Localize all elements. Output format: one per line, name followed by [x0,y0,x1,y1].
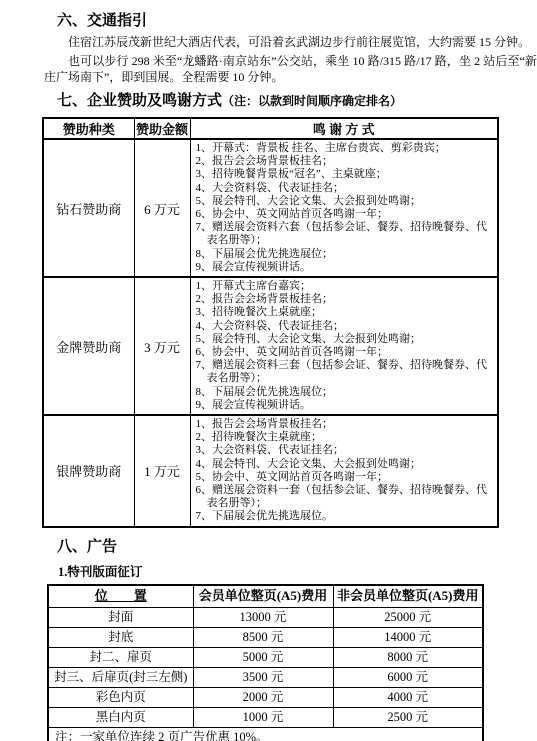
member-price-cell: 1000 元 [193,707,333,727]
member-price-cell: 5000 元 [193,647,333,667]
ad-position-cell: 彩色内页 [48,687,193,707]
benefit-item: 9、展会宣传视频讲话。 [196,399,495,412]
benefit-item: 6、赠送展会资料一套（包括参会证、餐券、招待晚餐券、代表名册等）； [196,484,495,510]
sponsor-type: 钻石赞助商 [43,139,134,277]
section7-heading-note: （注：以款到时间顺序确定排名） [222,94,402,108]
col-header-nonmember-price: 非会员单位整页(A5)费用 [333,585,483,608]
sponsor-amount: 3 万元 [134,277,190,415]
benefit-item: 4、大会资料袋、代表证挂名； [196,320,495,333]
sponsorship-header-row: 赞助种类 赞助金额 鸣 谢 方 式 [43,118,498,139]
ad-position-cell: 黑白内页 [48,707,193,727]
nonmember-price-cell: 25000 元 [333,607,483,627]
nonmember-price-cell: 14000 元 [333,627,483,647]
col-header-acknowledgement: 鸣 谢 方 式 [190,118,498,139]
sponsor-type: 银牌赞助商 [43,415,134,527]
ad-position-cell: 封二、扉页 [48,647,193,667]
table-row: 封二、扉页 5000 元 8000 元 [48,647,483,667]
ad-position-cell: 封底 [48,627,193,647]
sponsorship-table: 赞助种类 赞助金额 鸣 谢 方 式 钻石赞助商 6 万元 1、开幕式：背景板 挂… [42,117,499,528]
table-row: 封底 8500 元 14000 元 [48,627,483,647]
benefit-item: 6、协会中、英文网站首页各鸣谢一年； [196,346,495,359]
col-header-sponsor-amount: 赞助金额 [134,118,190,139]
benefit-item: 3、大会资料袋、代表证挂名； [196,444,495,457]
col-header-member-price: 会员单位整页(A5)费用 [193,585,333,608]
ad-table-header-row: 位 置 会员单位整页(A5)费用 非会员单位整页(A5)费用 [48,585,483,608]
benefit-item: 9、展会宣传视频讲话。 [196,261,495,274]
table-row: 封三、后扉页(封三左侧) 3500 元 6000 元 [48,667,483,687]
member-price-cell: 3500 元 [193,667,333,687]
table-row: 黑白内页 1000 元 2500 元 [48,707,483,727]
benefit-item: 4、展会特刊、大会论文集、大会报到处鸣谢； [196,458,495,471]
benefit-item: 4、大会资料袋、代表证挂名； [196,182,495,195]
ad-position-cell: 封面 [48,607,193,627]
benefit-item: 2、报告会会场背景板挂名； [196,155,495,168]
benefit-item: 1、开幕式主席台嘉宾； [196,280,495,293]
benefit-item: 5、展会特刊、大会论文集、大会报到处鸣谢； [196,195,495,208]
benefit-item: 5、协会中、英文网站首页各鸣谢一年； [196,471,495,484]
section7-heading: 七、企业赞助及鸣谢方式（注：以款到时间顺序确定排名） [57,92,537,111]
nonmember-price-cell: 4000 元 [333,687,483,707]
transport-paragraph-1: 住宿江苏辰茂新世纪大酒店代表，可沿着玄武湖边步行前往展览馆，大约需要 15 分钟… [44,34,537,50]
benefit-item: 2、招待晚餐次主桌就座； [196,431,495,444]
sponsor-benefits-list: 1、开幕式主席台嘉宾；2、报告会会场背景板挂名；3、招待晚餐次上桌就座；4、大会… [190,277,498,415]
benefit-item: 3、招待晚餐背景板“冠名”、主桌就座； [196,168,495,181]
member-price-cell: 13000 元 [193,607,333,627]
section7-heading-text: 七、企业赞助及鸣谢方式 [57,93,222,109]
benefit-item: 6、协会中、英文网站首页各鸣谢一年； [196,208,495,221]
benefit-item: 2、报告会会场背景板挂名； [196,293,495,306]
ad-position-cell: 封三、后扉页(封三左侧) [48,667,193,687]
sponsor-benefits-list: 1、开幕式：背景板 挂名、主席台贵宾、剪彩贵宾；2、报告会会场背景板挂名；3、招… [190,139,498,277]
sponsor-amount: 1 万元 [134,415,190,527]
benefit-item: 1、开幕式：背景板 挂名、主席台贵宾、剪彩贵宾； [196,142,495,155]
ad-rates-table: 位 置 会员单位整页(A5)费用 非会员单位整页(A5)费用 封面 13000 … [47,584,484,741]
section8-subheading: 1.特刊版面征订 [58,564,537,580]
benefit-item: 7、赠送展会资料三套（包括参会证、餐券、招待晚餐券、代表名册等）； [196,359,495,385]
sponsor-type: 金牌赞助商 [43,277,134,415]
benefit-item: 8、下届展会优先挑选展位； [196,386,495,399]
nonmember-price-cell: 2500 元 [333,707,483,727]
document-page: 六、交通指引 住宿江苏辰茂新世纪大酒店代表，可沿着玄武湖边步行前往展览馆，大约需… [0,0,537,741]
table-row: 彩色内页 2000 元 4000 元 [48,687,483,707]
col-header-position: 位 置 [48,585,193,608]
benefit-item: 7、下届展会优先挑选展位。 [196,510,495,523]
section6-heading: 六、交通指引 [57,12,537,31]
benefit-item: 7、赠送展会资料六套（包括参会证、餐券、招待晚餐券、代表名册等）； [196,221,495,247]
member-price-cell: 8500 元 [193,627,333,647]
table-row-gold-sponsor: 金牌赞助商 3 万元 1、开幕式主席台嘉宾；2、报告会会场背景板挂名；3、招待晚… [43,277,498,415]
transport-paragraph-2: 也可以步行 298 米至“龙蟠路·南京站东”公交站，乘坐 10 路/315 路/… [44,53,537,85]
table-row-silver-sponsor: 银牌赞助商 1 万元 1、报告会会场背景板挂名；2、招待晚餐次主桌就座；3、大会… [43,415,498,527]
ad-table-note: 注：一家单位连续 2 页广告优惠 10%。 [48,727,483,741]
ad-table-body: 封面 13000 元 25000 元 封底 8500 元 14000 元 封二、… [48,607,483,727]
ad-table-note-row: 注：一家单位连续 2 页广告优惠 10%。 [48,727,483,741]
table-row: 封面 13000 元 25000 元 [48,607,483,627]
col-header-position-label: 位 置 [95,588,147,603]
sponsor-amount: 6 万元 [134,139,190,277]
benefit-item: 8、下届展会优先挑选展位； [196,248,495,261]
benefit-item: 3、招待晚餐次上桌就座； [196,306,495,319]
sponsor-benefits-list: 1、报告会会场背景板挂名；2、招待晚餐次主桌就座；3、大会资料袋、代表证挂名；4… [190,415,498,527]
nonmember-price-cell: 6000 元 [333,667,483,687]
col-header-sponsor-type: 赞助种类 [43,118,134,139]
benefit-item: 1、报告会会场背景板挂名； [196,418,495,431]
nonmember-price-cell: 8000 元 [333,647,483,667]
member-price-cell: 2000 元 [193,687,333,707]
section8-heading: 八、广告 [57,538,537,557]
table-row-diamond-sponsor: 钻石赞助商 6 万元 1、开幕式：背景板 挂名、主席台贵宾、剪彩贵宾；2、报告会… [43,139,498,277]
benefit-item: 5、展会特刊、大会论文集、大会报到处鸣谢； [196,333,495,346]
